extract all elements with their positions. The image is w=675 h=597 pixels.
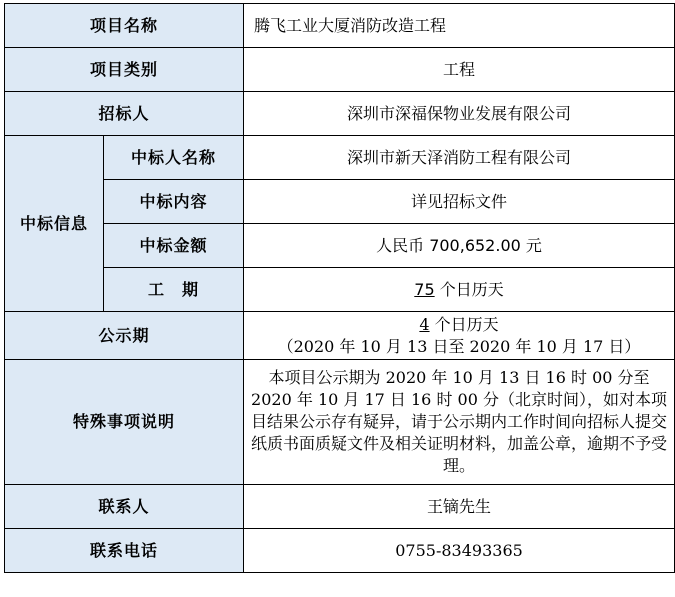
- contact-person-value: 王镝先生: [244, 485, 675, 529]
- contact-person-label: 联系人: [5, 485, 244, 529]
- row-award-content: 中标内容 详见招标文件: [5, 180, 675, 224]
- row-contact-phone: 联系电话 0755-83493365: [5, 529, 675, 573]
- row-tenderer: 招标人 深圳市深福保物业发展有限公司: [5, 92, 675, 136]
- publicity-days-unit: 个日历天: [430, 315, 499, 334]
- project-type-label: 项目类别: [5, 48, 244, 92]
- award-amount-value: 人民币 700,652.00 元: [244, 224, 675, 268]
- row-duration: 工 期 75 个日历天: [5, 268, 675, 312]
- row-project-type: 项目类别 工程: [5, 48, 675, 92]
- publicity-period-range: （2020 年 10 月 13 日至 2020 年 10 月 17 日）: [250, 336, 668, 358]
- contact-phone-label: 联系电话: [5, 529, 244, 573]
- award-content-value: 详见招标文件: [244, 180, 675, 224]
- duration-label: 工 期: [104, 268, 244, 312]
- project-type-value: 工程: [244, 48, 675, 92]
- row-publicity-period: 公示期 4 个日历天 （2020 年 10 月 13 日至 2020 年 10 …: [5, 312, 675, 360]
- publicity-days-number: 4: [419, 315, 429, 334]
- duration-number: 75: [414, 280, 434, 299]
- duration-unit: 个日历天: [435, 280, 504, 299]
- duration-value: 75 个日历天: [244, 268, 675, 312]
- row-award-amount: 中标金额 人民币 700,652.00 元: [5, 224, 675, 268]
- award-notice-table: 项目名称 腾飞工业大厦消防改造工程 项目类别 工程 招标人 深圳市深福保物业发展…: [4, 3, 675, 573]
- award-content-label: 中标内容: [104, 180, 244, 224]
- row-contact-person: 联系人 王镝先生: [5, 485, 675, 529]
- award-amount-label: 中标金额: [104, 224, 244, 268]
- publicity-period-days: 4 个日历天: [250, 314, 668, 336]
- special-notes-label: 特殊事项说明: [5, 360, 244, 485]
- award-info-label: 中标信息: [5, 136, 104, 312]
- winner-label: 中标人名称: [104, 136, 244, 180]
- winner-value: 深圳市新天泽消防工程有限公司: [244, 136, 675, 180]
- row-project-name: 项目名称 腾飞工业大厦消防改造工程: [5, 4, 675, 48]
- row-special-notes: 特殊事项说明 本项目公示期为 2020 年 10 月 13 日 16 时 00 …: [5, 360, 675, 485]
- special-notes-value: 本项目公示期为 2020 年 10 月 13 日 16 时 00 分至 2020…: [244, 360, 675, 485]
- publicity-period-label: 公示期: [5, 312, 244, 360]
- row-winner: 中标信息 中标人名称 深圳市新天泽消防工程有限公司: [5, 136, 675, 180]
- project-name-label: 项目名称: [5, 4, 244, 48]
- contact-phone-value: 0755-83493365: [244, 529, 675, 573]
- tenderer-value: 深圳市深福保物业发展有限公司: [244, 92, 675, 136]
- tenderer-label: 招标人: [5, 92, 244, 136]
- project-name-value: 腾飞工业大厦消防改造工程: [244, 4, 675, 48]
- publicity-period-value: 4 个日历天 （2020 年 10 月 13 日至 2020 年 10 月 17…: [244, 312, 675, 360]
